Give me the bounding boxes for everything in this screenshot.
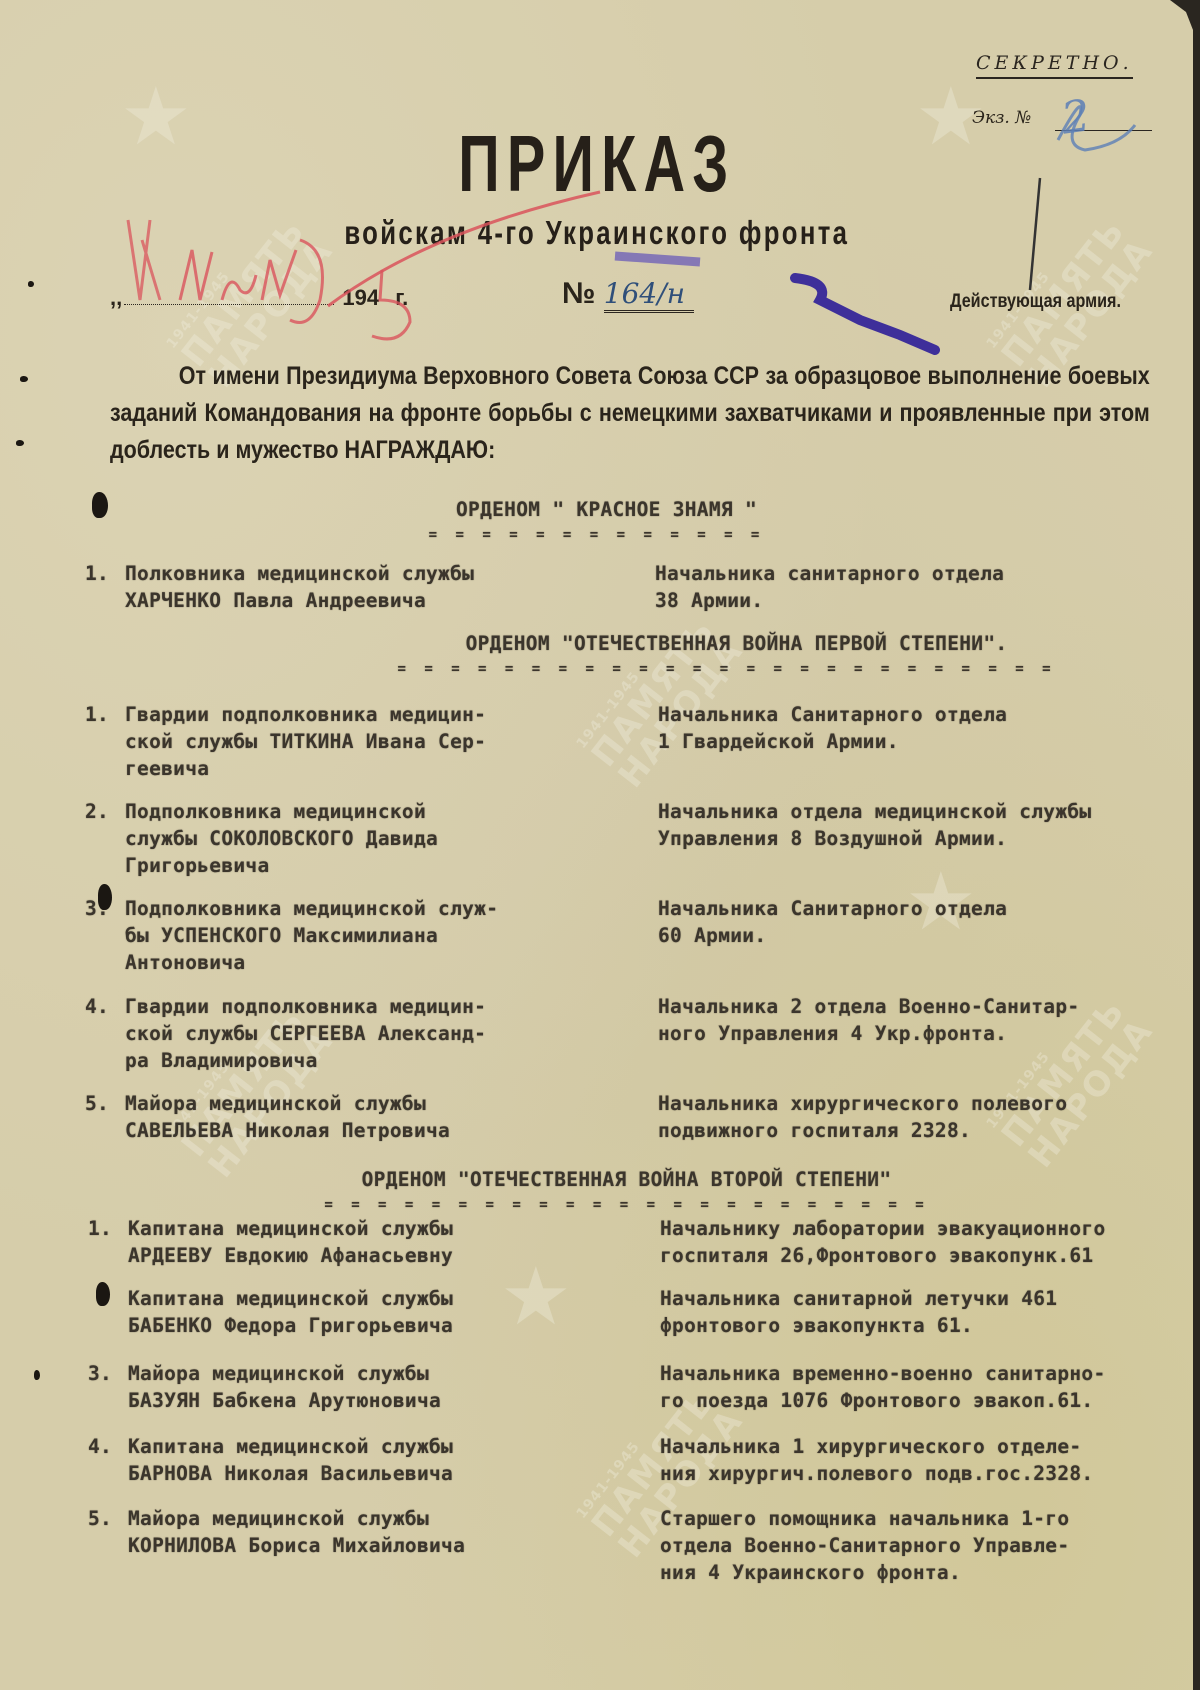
entry-rank-name: Капитана медицинской службы БАБЕНКО Федо… bbox=[128, 1285, 588, 1339]
document-subtitle: войскам 4-го Украинского фронта bbox=[132, 214, 1063, 252]
document-title: ПРИКАЗ bbox=[167, 118, 1026, 210]
date-open: ,, bbox=[110, 285, 122, 310]
entry-rank-name: Гвардии подполковника медицин- ской служ… bbox=[125, 993, 585, 1074]
classification-stamp: СЕКРЕТНО. bbox=[976, 52, 1133, 79]
entry-position: Начальника хирургического полевого подви… bbox=[658, 1090, 1200, 1144]
year-label: 194 bbox=[342, 285, 379, 310]
entry-rank-name: Подполковника медицинской службы СОКОЛОВ… bbox=[125, 798, 585, 879]
punch-hole bbox=[34, 1370, 40, 1380]
copy-number-handwritten: 2 bbox=[1059, 90, 1094, 144]
entry-rank-name: Майора медицинской службы САВЕЛЬЕВА Нико… bbox=[125, 1090, 585, 1144]
entry-rank-name: Гвардии подполковника медицин- ской служ… bbox=[125, 701, 585, 782]
entry-position: Начальника санитарной летучки 461 фронто… bbox=[660, 1285, 1200, 1339]
entry-position: Старшего помощника начальника 1-го отдел… bbox=[660, 1505, 1200, 1586]
location-label: Действующая армия. bbox=[950, 291, 1121, 313]
date-line: ,, 194 г. bbox=[110, 285, 408, 311]
punch-hole bbox=[20, 376, 28, 382]
entry-position: Начальника 2 отдела Военно-Санитар- ного… bbox=[658, 993, 1200, 1047]
intro-paragraph: От имени Президиума Верховного Совета Со… bbox=[110, 358, 1150, 469]
entry-number: 2. bbox=[85, 798, 109, 825]
order-number-value: 164/н bbox=[604, 277, 694, 313]
entry-number: 1. bbox=[88, 1215, 112, 1242]
entry-number: 5. bbox=[85, 1090, 109, 1117]
entry-rank-name: Капитана медицинской службы БАРНОВА Нико… bbox=[128, 1433, 588, 1487]
entry-position: Начальника Санитарного отдела 1 Гвардейс… bbox=[658, 701, 1200, 755]
entry-position: Начальника 1 хирургического отделе- ния … bbox=[660, 1433, 1200, 1487]
entry-rank-name: Капитана медицинской службы АРДЕЕВУ Евдо… bbox=[128, 1215, 588, 1269]
section-heading-patriotic-war-2: ОРДЕНОМ "ОТЕЧЕСТВЕННАЯ ВОЙНА ВТОРОЙ СТЕП… bbox=[0, 1166, 1200, 1193]
entry-number: 4. bbox=[88, 1433, 112, 1460]
watermark: 1941-1945ПАМЯТЬ НАРОДА bbox=[930, 940, 1186, 1194]
entry-number: 3. bbox=[88, 1360, 112, 1387]
entry-number: 1. bbox=[85, 701, 109, 728]
section-heading-red-banner: ОРДЕНОМ " КРАСНОЕ ЗНАМЯ " bbox=[0, 496, 1200, 523]
entry-rank-name: Майора медицинской службы БАЗУЯН Бабкена… bbox=[128, 1360, 588, 1414]
entry-position: Начальника санитарного отдела 38 Армии. bbox=[655, 560, 1200, 614]
entry-number: 3. bbox=[85, 895, 109, 922]
entry-number: 4. bbox=[85, 993, 109, 1020]
document-page: ★ 1941-1945ПАМЯТЬ НАРОДА ★ 1941-1945ПАМЯ… bbox=[0, 0, 1193, 1690]
punch-hole bbox=[96, 1282, 110, 1306]
entry-number: 1. bbox=[85, 560, 109, 587]
entry-rank-name: Подполковника медицинской служ- бы УСПЕН… bbox=[125, 895, 585, 976]
section-divider: = = = = = = = = = = = = = bbox=[0, 522, 1193, 549]
order-number: № 164/н bbox=[562, 277, 694, 313]
entry-position: Начальника Санитарного отдела 60 Армии. bbox=[658, 895, 1200, 949]
punch-hole bbox=[28, 281, 34, 287]
entry-position: Начальника отдела медицинской службы Упр… bbox=[658, 798, 1200, 852]
order-number-label: № bbox=[562, 277, 595, 310]
entry-rank-name: Полковника медицинской службы ХАРЧЕНКО П… bbox=[125, 560, 585, 614]
date-dots bbox=[124, 304, 334, 305]
entry-position: Начальнику лаборатории эвакуационного го… bbox=[660, 1215, 1200, 1269]
section-heading-patriotic-war-1: ОРДЕНОМ "ОТЕЧЕСТВЕННАЯ ВОЙНА ПЕРВОЙ СТЕП… bbox=[0, 630, 1200, 657]
section-divider: = = = = = = = = = = = = = = = = = = = = … bbox=[0, 656, 1200, 683]
punch-hole bbox=[16, 440, 24, 446]
entry-rank-name: Майора медицинской службы КОРНИЛОВА Бори… bbox=[128, 1505, 588, 1559]
entry-position: Начальника временно-военно санитарно- го… bbox=[660, 1360, 1200, 1414]
year-suffix: г. bbox=[395, 285, 408, 310]
entry-number: 5. bbox=[88, 1505, 112, 1532]
